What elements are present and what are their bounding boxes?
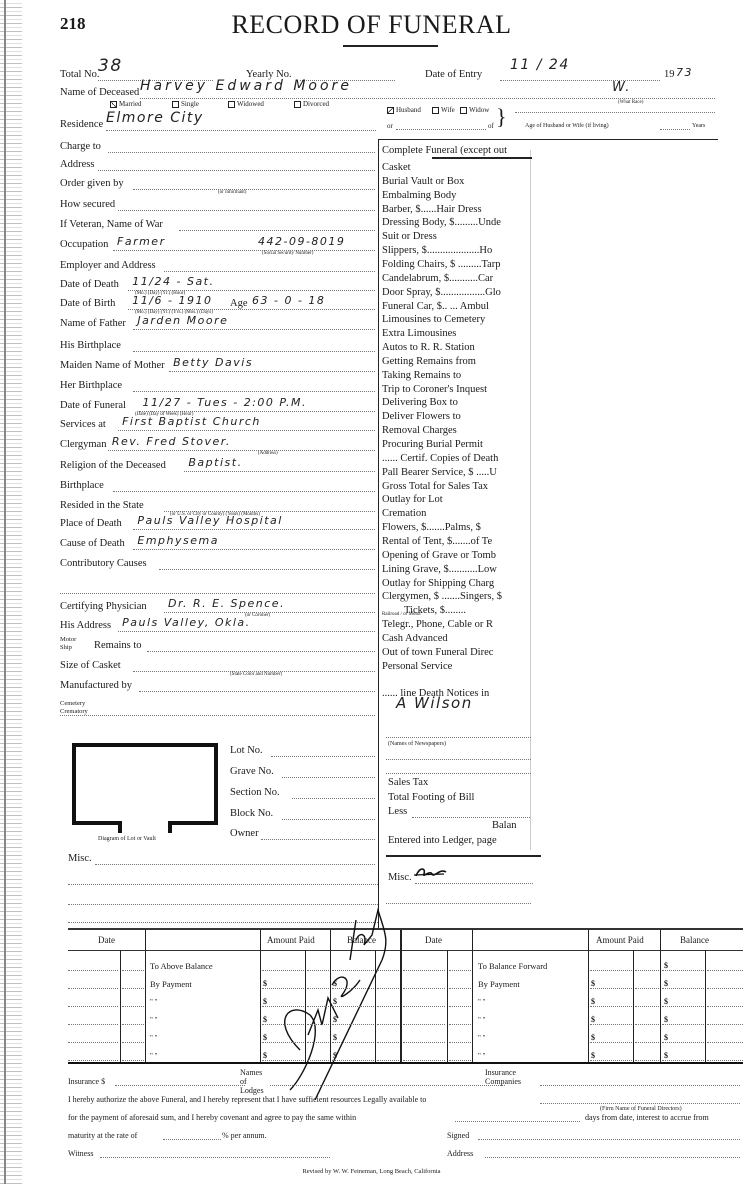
- charge-item[interactable]: Autos to R. R. Station: [382, 342, 532, 354]
- ledger-cell-input[interactable]: [332, 1032, 374, 1044]
- field-value[interactable]: Pauls Valley, Okla.: [122, 617, 251, 630]
- field-value[interactable]: [163, 555, 223, 568]
- dotted-line: [179, 230, 375, 231]
- lot-field-label: Block No.: [230, 808, 273, 820]
- dotted-line: [307, 988, 329, 989]
- dotted-line: [707, 988, 743, 989]
- field-value[interactable]: [143, 677, 203, 690]
- dotted-line: [118, 631, 375, 632]
- address-field[interactable]: [485, 1147, 740, 1159]
- field-label: Employer and Address: [60, 260, 156, 272]
- lot-field-input[interactable]: [271, 745, 375, 757]
- field-label: How secured: [60, 199, 115, 211]
- field-value[interactable]: [102, 156, 162, 169]
- balance-label: Balan: [492, 820, 517, 832]
- days-text: days from date, interest to accrue from: [585, 1114, 709, 1122]
- checkbox-checked[interactable]: [110, 101, 117, 108]
- ledger-cell-input[interactable]: [262, 1014, 304, 1026]
- ledger-cell-input[interactable]: [262, 960, 304, 972]
- signed-field[interactable]: [478, 1129, 740, 1141]
- dotted-line: [108, 152, 375, 153]
- binder-line: [4, 0, 6, 1184]
- age-label: Age: [230, 298, 248, 310]
- field-label: Manufactured by: [60, 680, 132, 692]
- race-label: (What Race): [618, 100, 643, 106]
- charge-item[interactable]: Cremation: [382, 508, 532, 520]
- dotted-line: [449, 970, 471, 971]
- charge-item[interactable]: Tickets, $........: [404, 605, 532, 617]
- ledger-col-divider: [705, 950, 706, 1062]
- dotted-line: [449, 1024, 471, 1025]
- field-value[interactable]: Emphysema: [137, 535, 219, 548]
- ledger-header-amount: Amount Paid: [596, 935, 644, 945]
- field-label: Name of Father: [60, 318, 126, 330]
- spouse-wife[interactable]: Wife: [432, 106, 455, 114]
- page-title: RECORD OF FUNERAL: [0, 10, 743, 40]
- revised-credit: Revised by W. W. Feineman, Long Beach, C…: [0, 1168, 743, 1176]
- charge-item[interactable]: Funeral Car, $.. ... Ambul: [382, 301, 532, 313]
- field-value[interactable]: [183, 216, 243, 229]
- dotted-line: [133, 351, 375, 352]
- ledger-bottom-border: [68, 1062, 743, 1064]
- field-label: Order given by: [60, 178, 124, 190]
- charge-item[interactable]: Outlay for Lot: [382, 494, 532, 506]
- field-value[interactable]: [137, 657, 197, 670]
- charge-item[interactable]: Telegr., Phone, Cable or R: [382, 619, 532, 631]
- dotted-line: [307, 970, 329, 971]
- year-value[interactable]: 73: [676, 67, 693, 79]
- dotted-line: [449, 1006, 471, 1007]
- field-label: Size of Casket: [60, 660, 121, 672]
- dotted-line: [95, 864, 375, 865]
- payment-text: for the payment of aforesaid sum, and I …: [68, 1114, 356, 1122]
- dotted-line: [415, 883, 533, 884]
- ledger-cell-input[interactable]: [590, 996, 632, 1008]
- ledger-cell-input[interactable]: [68, 978, 118, 990]
- ledger-cell-input[interactable]: [662, 1050, 704, 1062]
- dotted-line: [159, 569, 375, 570]
- lot-diagram-edge: [118, 821, 122, 833]
- ledger-cell-input[interactable]: [262, 978, 304, 990]
- dotted-line: [139, 691, 376, 692]
- dotted-line: [386, 737, 531, 738]
- dotted-line: [455, 1121, 580, 1122]
- charge-item[interactable]: Trip to Coroner's Inquest: [382, 384, 532, 396]
- ssn-value[interactable]: 442-09-8019: [258, 236, 345, 248]
- right-panel-left-border: [378, 139, 379, 929]
- field-value[interactable]: [117, 477, 177, 490]
- checkbox-checked[interactable]: [387, 107, 394, 114]
- field-value[interactable]: Jarden Moore: [137, 315, 228, 328]
- maturity-text: maturity at the rate of: [68, 1132, 137, 1140]
- residence-value[interactable]: Elmore City: [106, 112, 204, 124]
- charge-item[interactable]: Cash Advanced: [382, 633, 532, 645]
- field-label: Address: [60, 159, 94, 171]
- field-value[interactable]: Baptist.: [188, 457, 248, 470]
- dotted-line: [707, 1060, 743, 1061]
- ledger-cell-input[interactable]: [332, 978, 374, 990]
- dotted-line: [377, 970, 399, 971]
- ledger-cell-input[interactable]: [403, 1032, 445, 1044]
- ledger-cell-input[interactable]: [590, 960, 632, 972]
- ledger-cell-input[interactable]: [662, 1032, 704, 1044]
- ledger-cell-input[interactable]: [403, 996, 445, 1008]
- ledger-header-date: Date: [425, 935, 442, 945]
- charge-item[interactable]: Candelabrum, $...........Car: [382, 273, 532, 285]
- charge-item[interactable]: ...... line Death Notices in: [382, 688, 532, 700]
- dotted-line: [118, 210, 375, 211]
- dotted-line: [377, 1006, 399, 1007]
- dotted-line: [386, 773, 531, 774]
- ledger-col-divider: [145, 930, 146, 1062]
- dotted-line: [707, 1006, 743, 1007]
- race-value[interactable]: W.: [612, 82, 631, 94]
- charge-item[interactable]: Deliver Flowers to: [382, 411, 532, 423]
- entered-ledger-label: Entered into Ledger, page: [388, 835, 497, 847]
- lot-field-label: Grave No.: [230, 766, 274, 778]
- field-value[interactable]: 11/27 - Tues - 2:00 P.M.: [143, 397, 308, 410]
- field-label: His Birthplace: [60, 340, 121, 352]
- ledger-cell-input[interactable]: [403, 960, 445, 972]
- ledger-cell-input[interactable]: [262, 1050, 304, 1062]
- ledger-cell-input[interactable]: [403, 978, 445, 990]
- charge-item[interactable]: Slippers, $....................Ho: [382, 245, 532, 257]
- field-value[interactable]: [112, 138, 172, 151]
- dotted-line: [169, 371, 375, 372]
- field-value[interactable]: [137, 175, 197, 188]
- ledger-cell-input[interactable]: [332, 1050, 374, 1062]
- dotted-line: [540, 1085, 740, 1086]
- diagram-label: Diagram of Lot or Vault: [98, 836, 156, 842]
- ledger-cell-input[interactable]: [403, 1050, 445, 1062]
- ledger-cell-input[interactable]: [590, 1014, 632, 1026]
- ledger-entry-label: " ": [478, 1016, 485, 1024]
- dotted-line: [396, 129, 486, 130]
- dotted-line: [133, 329, 375, 330]
- dotted-line: [122, 1024, 144, 1025]
- charge-item[interactable]: Barber, $......Hair Dress: [382, 204, 532, 216]
- marital-divorced[interactable]: Divorced: [294, 100, 329, 108]
- marital-label: Married: [119, 100, 142, 108]
- lot-field-input[interactable]: [282, 766, 375, 778]
- dotted-line: [184, 471, 375, 472]
- dotted-line: [115, 1085, 245, 1086]
- charge-item[interactable]: Getting Remains from: [382, 356, 532, 368]
- field-label: Birthplace: [60, 480, 104, 492]
- insurance-label: Insurance $: [68, 1078, 105, 1086]
- dotted-line: [133, 189, 375, 190]
- marital-single[interactable]: Single: [172, 100, 199, 108]
- checkbox[interactable]: [460, 107, 467, 114]
- charge-item[interactable]: Opening of Grave or Tomb: [382, 550, 532, 562]
- field-label: If Veteran, Name of War: [60, 219, 163, 231]
- checkbox[interactable]: [172, 101, 179, 108]
- ledger-col-divider: [120, 950, 121, 1062]
- lot-diagram-edge: [168, 821, 218, 825]
- field-label: Her Birthplace: [60, 380, 122, 392]
- signed-label: Signed: [447, 1132, 469, 1140]
- dotted-line: [133, 391, 375, 392]
- field-value[interactable]: [137, 337, 197, 350]
- ledger-cell-input[interactable]: [68, 960, 118, 972]
- age-spouse-label: Age of Husband or Wife (if living): [525, 122, 609, 130]
- field-value[interactable]: [168, 497, 228, 510]
- ledger-cell-input[interactable]: [590, 978, 632, 990]
- ledger-cell-input[interactable]: [332, 1014, 374, 1026]
- dotted-line: [147, 651, 375, 652]
- date-of-entry-value[interactable]: 11 / 24: [510, 59, 570, 71]
- lot-field-label: Lot No.: [230, 745, 263, 757]
- dotted-line: [660, 129, 690, 130]
- or-label: or: [387, 122, 393, 130]
- ledger-cell-input[interactable]: [662, 978, 704, 990]
- companies-label: Insurance Companies: [485, 1068, 540, 1086]
- dotted-line: [635, 1006, 659, 1007]
- field-label: Resided in the State: [60, 500, 144, 512]
- charge-item[interactable]: Rental of Tent, $.......of Te: [382, 536, 532, 548]
- checkbox[interactable]: [294, 101, 301, 108]
- ledger-entry-label: To Above Balance: [150, 962, 213, 970]
- dotted-line: [106, 130, 376, 131]
- dotted-line: [113, 250, 375, 251]
- divider: [386, 855, 541, 857]
- dotted-line: [163, 1139, 221, 1140]
- dotted-line: [68, 884, 378, 885]
- spouse-label: Widow: [469, 106, 489, 114]
- newspapers-label: (Names of Newspapers): [388, 741, 446, 747]
- lot-field-input[interactable]: [292, 787, 375, 799]
- dotted-line: [449, 988, 471, 989]
- ledger-header-date: Date: [98, 935, 115, 945]
- ledger-cell-input[interactable]: [590, 1032, 632, 1044]
- ledger-cell-input[interactable]: [332, 996, 374, 1008]
- dotted-line: [500, 80, 660, 81]
- field-value[interactable]: Dr. R. E. Spence.: [168, 598, 285, 611]
- dotted-line: [307, 1024, 329, 1025]
- field-sublabel: (State Color and Number): [230, 672, 282, 678]
- spouse-widow[interactable]: Widow: [460, 106, 489, 114]
- sales-tax-label: Sales Tax: [388, 777, 428, 789]
- total-footing-label: Total Footing of Bill: [388, 792, 474, 804]
- charge-item[interactable]: Door Spray, $.................Glo: [382, 287, 532, 299]
- lot-diagram-edge: [168, 821, 172, 833]
- charge-item[interactable]: Clergymen, $ .......Singers, $: [382, 591, 532, 603]
- field-label: Cause of Death: [60, 538, 125, 550]
- field-label: Certifying Physician: [60, 601, 147, 613]
- dotted-line: [449, 1042, 471, 1043]
- ledger-entry-label: " ": [478, 1052, 485, 1060]
- field-value[interactable]: Betty Davis: [173, 357, 253, 370]
- charge-item[interactable]: Folding Chairs, $ .........Tarp: [382, 259, 532, 271]
- ledger-cell-input[interactable]: [68, 1050, 118, 1062]
- charge-item[interactable]: Limousines to Cemetery: [382, 314, 532, 326]
- dotted-line: [635, 970, 659, 971]
- ledger-col-divider: [472, 930, 473, 1062]
- dotted-line: [270, 1085, 505, 1086]
- field-label: Remains to: [94, 640, 142, 652]
- dotted-line: [164, 271, 375, 272]
- field-value[interactable]: [64, 579, 124, 592]
- dotted-line: [707, 970, 743, 971]
- field-value[interactable]: Pauls Valley Hospital: [137, 515, 282, 528]
- right-panel-top-border: [378, 139, 718, 140]
- ledger-top-border: [68, 928, 743, 930]
- charge-item[interactable]: Pall Bearer Service, $ .....U: [382, 467, 532, 479]
- age-value[interactable]: 63 - 0 - 18: [252, 295, 325, 307]
- name-of-deceased-value[interactable]: Harvey Edward Moore: [140, 80, 352, 92]
- charge-item[interactable]: Gross Total for Sales Tax: [382, 481, 532, 493]
- marital-married[interactable]: Married: [110, 100, 142, 108]
- header-underline: [432, 157, 532, 159]
- dotted-line: [449, 1060, 471, 1061]
- field-value[interactable]: Farmer: [117, 236, 177, 249]
- right-misc-label: Misc.: [388, 872, 412, 884]
- lot-field-input[interactable]: [282, 808, 375, 820]
- field-value[interactable]: Rev. Fred Stover.: [112, 436, 231, 449]
- ledger-cell-input[interactable]: [662, 960, 704, 972]
- dotted-line: [386, 903, 531, 904]
- field-sublabel: (Social Security Number): [262, 251, 313, 257]
- dotted-line: [122, 970, 144, 971]
- dotted-line: [60, 593, 375, 594]
- charge-item[interactable]: Personal Service: [382, 661, 532, 673]
- charge-item[interactable]: Flowers, $.......Palms, $: [382, 522, 532, 534]
- dotted-line: [122, 1060, 144, 1061]
- less-label: Less: [388, 806, 407, 818]
- marital-label: Widowed: [237, 100, 264, 108]
- date-of-entry-label: Date of Entry: [425, 69, 482, 81]
- checkbox[interactable]: [228, 101, 235, 108]
- lot-field-label: Owner: [230, 828, 259, 840]
- field-label: Religion of the Deceased: [60, 460, 166, 472]
- field-prefix: Motor Ship: [60, 636, 90, 652]
- dotted-line: [307, 1042, 329, 1043]
- charge-item[interactable]: Taking Remains to: [382, 370, 532, 382]
- field-value[interactable]: 11/24 - Sat.: [132, 276, 214, 289]
- field-label: Date of Death: [60, 279, 119, 291]
- charge-item[interactable]: Outlay for Shipping Charg: [382, 578, 532, 590]
- title-underline: [343, 45, 438, 47]
- field-value[interactable]: First Baptist Church: [122, 416, 261, 429]
- ledger-cell-input[interactable]: [403, 1014, 445, 1026]
- dotted-line: [140, 98, 715, 99]
- percent-text: % per annum.: [222, 1132, 267, 1140]
- field-value[interactable]: [137, 377, 197, 390]
- ledger-cell-input[interactable]: [262, 996, 304, 1008]
- ledger-col-divider: [660, 930, 661, 1062]
- of-label: of: [488, 122, 494, 130]
- authorize-text: I hereby authorize the above Funeral, an…: [68, 1096, 426, 1104]
- field-label: Contributory Causes: [60, 558, 147, 570]
- ledger-entry-label: " ": [150, 1016, 157, 1024]
- dotted-line: [98, 170, 375, 171]
- total-no-value[interactable]: 38: [98, 60, 123, 72]
- dotted-line: [108, 450, 375, 451]
- field-label: Occupation: [60, 239, 108, 251]
- ledger-cell-input[interactable]: [262, 1032, 304, 1044]
- brace: }: [496, 104, 507, 130]
- ledger-cell-input[interactable]: [68, 1032, 118, 1044]
- spouse-label: Husband: [396, 106, 421, 114]
- misc-scribble: [414, 866, 448, 880]
- witness-field[interactable]: [100, 1147, 330, 1159]
- ledger-cell-input[interactable]: [68, 996, 118, 1008]
- dotted-line: [60, 715, 375, 716]
- charge-item[interactable]: Delivering Box to: [382, 397, 532, 409]
- ledger-cell-input[interactable]: [590, 1050, 632, 1062]
- dotted-line: [122, 1042, 144, 1043]
- year-prefix: 19: [664, 69, 675, 81]
- dotted-line: [122, 988, 144, 989]
- dotted-line: [307, 1060, 329, 1061]
- field-label: Maiden Name of Mother: [60, 360, 165, 372]
- spouse-husband[interactable]: Husband: [387, 106, 421, 114]
- charge-item[interactable]: Procuring Burial Permit: [382, 439, 532, 451]
- charge-item[interactable]: Casket: [382, 162, 532, 174]
- field-value[interactable]: 11/6 - 1910: [132, 295, 212, 308]
- ledger-cell-input[interactable]: [68, 1014, 118, 1026]
- charge-item[interactable]: Lining Grave, $...........Low: [382, 564, 532, 576]
- field-label: Date of Funeral: [60, 400, 126, 412]
- dotted-line: [635, 1060, 659, 1061]
- dotted-line: [635, 1042, 659, 1043]
- ledger-entry-label: " ": [150, 1034, 157, 1042]
- field-value[interactable]: [122, 196, 182, 209]
- ledger-cell-input[interactable]: [662, 1014, 704, 1026]
- name-of-deceased-label: Name of Deceased: [60, 87, 139, 99]
- ledger-col-divider: [588, 930, 589, 1062]
- charge-item[interactable]: Embalming Body: [382, 190, 532, 202]
- field-sublabel: (Address): [258, 451, 278, 457]
- charge-item[interactable]: Suit or Dress: [382, 231, 532, 243]
- ledger-entry-label: " ": [478, 998, 485, 1006]
- dotted-line: [540, 1103, 740, 1104]
- complete-funeral-header: Complete Funeral (except out: [382, 145, 507, 157]
- dotted-line: [707, 1042, 743, 1043]
- dotted-line: [133, 549, 375, 550]
- dotted-line: [515, 112, 715, 113]
- lot-field-input[interactable]: [261, 828, 376, 840]
- charge-item[interactable]: Burial Vault or Box: [382, 176, 532, 188]
- charge-item[interactable]: Removal Charges: [382, 425, 532, 437]
- field-value[interactable]: [64, 701, 124, 714]
- checkbox[interactable]: [432, 107, 439, 114]
- dotted-line: [707, 1024, 743, 1025]
- ledger-cell-input[interactable]: [332, 960, 374, 972]
- field-value[interactable]: [151, 637, 211, 650]
- field-label: Services at: [60, 419, 106, 431]
- dotted-line: [377, 1042, 399, 1043]
- dotted-line: [377, 1024, 399, 1025]
- ledger-entry-label: By Payment: [150, 980, 192, 988]
- field-sublabel: (or informant): [218, 190, 246, 196]
- charge-item[interactable]: Out of town Funeral Direc: [382, 647, 532, 659]
- lot-diagram-box: [72, 743, 218, 825]
- total-no-label: Total No.: [60, 69, 100, 81]
- ledger-entry-label: " ": [150, 1052, 157, 1060]
- years-label: Years: [692, 122, 705, 130]
- field-value[interactable]: [168, 257, 228, 270]
- firm-label: (Firm Name of Funeral Directors): [600, 1106, 682, 1112]
- charge-item[interactable]: Dressing Body, $.........Unde: [382, 217, 532, 229]
- residence-label: Residence: [60, 119, 103, 131]
- marital-widowed[interactable]: Widowed: [228, 100, 264, 108]
- ledger-cell-input[interactable]: [662, 996, 704, 1008]
- charge-item[interactable]: ...... Certif. Copies of Death: [382, 453, 532, 465]
- lot-diagram-edge: [72, 821, 122, 825]
- charge-item[interactable]: Extra Limousines: [382, 328, 532, 340]
- ledger-col-divider: [447, 950, 448, 1062]
